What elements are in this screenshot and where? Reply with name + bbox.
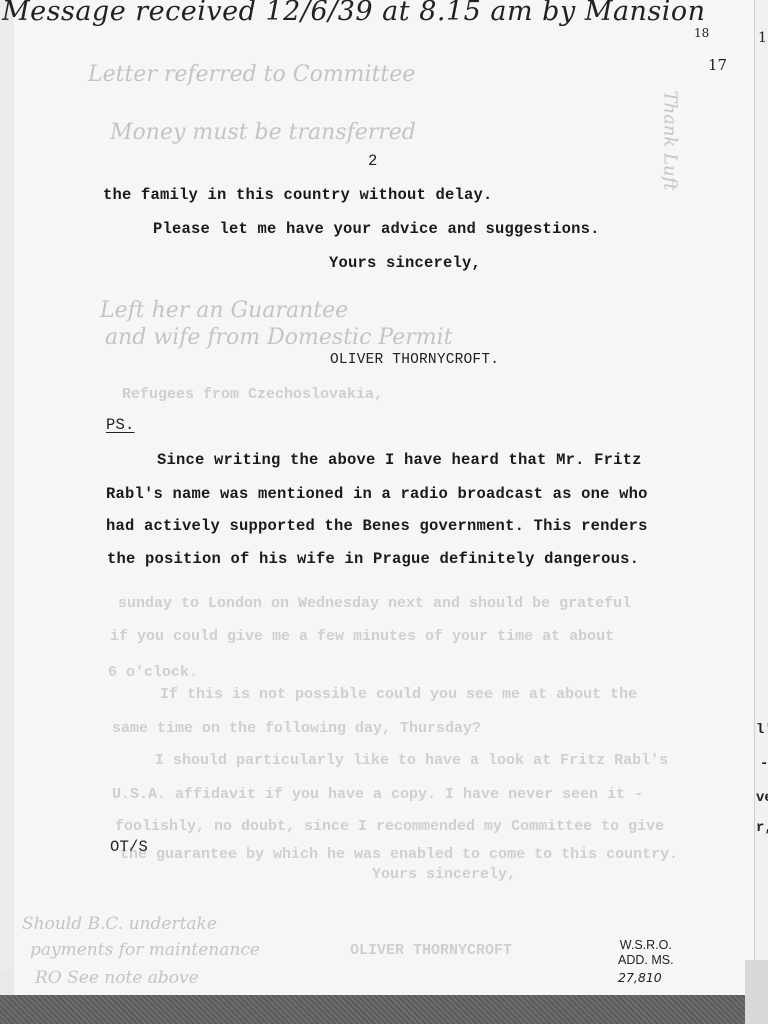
bleed-handwriting: RO See note above [35, 968, 199, 988]
edge-fragment: ve [756, 790, 768, 806]
archive-stamp: W.S.R.O. ADD. MS. 27,810 [618, 938, 674, 985]
bleed-type-line: Yours sincerely, [372, 866, 516, 883]
postscript-line: Since writing the above I have heard tha… [157, 451, 642, 469]
bleed-type-line: OLIVER THORNYCROFT [350, 942, 512, 959]
body-line: the family in this country without delay… [103, 186, 493, 204]
bleed-type-line: foolishly, no doubt, since I recommended… [115, 818, 664, 835]
postscript-line: had actively supported the Benes governm… [106, 517, 648, 535]
bleed-type-line: If this is not possible could you see me… [160, 686, 637, 703]
edge-fragment: - [760, 756, 768, 772]
bleed-type-line: Refugees from Czechoslovakia, [122, 386, 383, 403]
handwritten-receipt-note: Message received 12/6/39 at 8.15 am by M… [2, 0, 706, 27]
bleed-type-line: the guarantee by which he was enabled to… [120, 846, 678, 863]
stamp-line: W.S.R.O. [618, 938, 674, 953]
edge-fragment: r, [756, 820, 768, 836]
bleed-handwriting: Thank Luft [660, 91, 681, 191]
closing-salutation: Yours sincerely, [329, 254, 481, 272]
folio-number-upper: 18 [694, 26, 709, 40]
folio-number-edge: 1 [758, 30, 767, 46]
stamp-reference-number: 27,810 [618, 970, 674, 985]
underlying-sheet-corner [745, 960, 768, 1024]
postscript-line: the position of his wife in Prague defin… [107, 550, 639, 568]
postscript-line: Rabl's name was mentioned in a radio bro… [106, 485, 648, 503]
folio-number-lower: 17 [708, 56, 727, 74]
bleed-type-line: if you could give me a few minutes of yo… [110, 628, 614, 645]
page-number: 2 [368, 152, 378, 170]
signature-name: OLIVER THORNYCROFT. [330, 352, 499, 368]
bleed-handwriting: Letter referred to Committee [88, 62, 415, 87]
reference-initials: OT/S [110, 838, 148, 856]
stamp-line: ADD. MS. [618, 953, 674, 968]
bleed-handwriting: Left her an Guarantee [100, 298, 348, 323]
bleed-type-line: same time on the following day, Thursday… [112, 720, 481, 737]
bleed-handwriting: Money must be transferred [110, 120, 416, 145]
bleed-handwriting: and wife from Domestic Permit [105, 325, 452, 350]
edge-fragment: l' [756, 722, 768, 738]
bleed-type-line: sunday to London on Wednesday next and s… [118, 595, 631, 612]
body-line: Please let me have your advice and sugge… [153, 220, 600, 238]
table-surface [0, 995, 768, 1024]
postscript-label: PS. [106, 416, 135, 434]
bleed-type-line: U.S.A. affidavit if you have a copy. I h… [112, 786, 643, 803]
bleed-handwriting: Should B.C. undertake [22, 914, 217, 934]
bleed-handwriting: payments for maintenance [30, 940, 260, 960]
bleed-type-line: I should particularly like to have a loo… [155, 752, 668, 769]
bleed-type-line: 6 o'clock. [108, 664, 198, 681]
